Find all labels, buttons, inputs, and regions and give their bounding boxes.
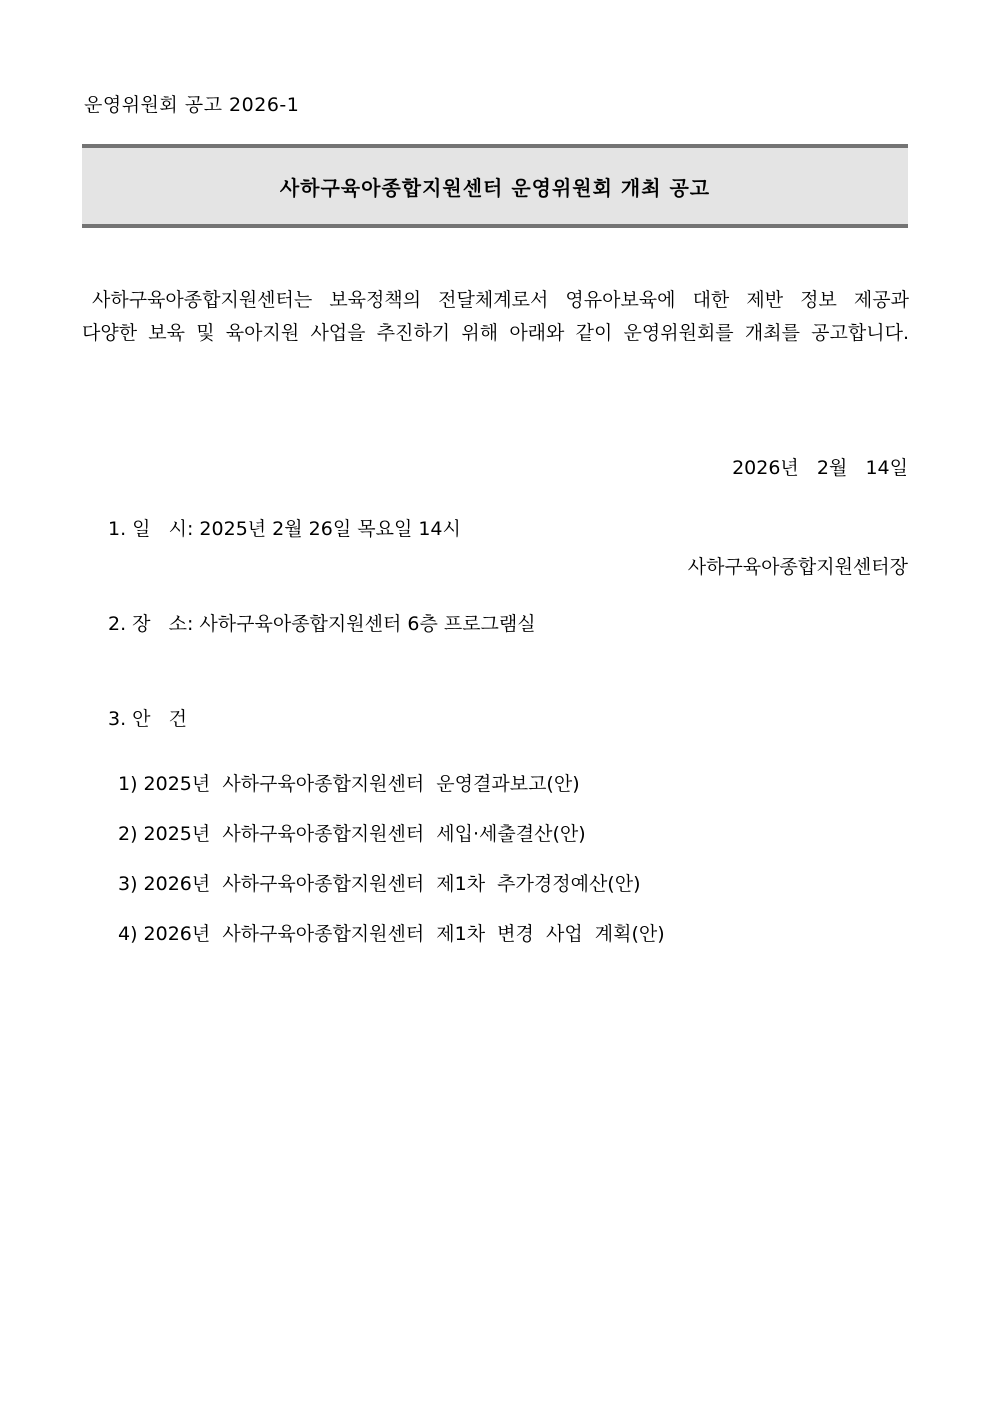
intro-paragraph: 사하구육아종합지원센터는 보육정책의 전달체계로서 영유아보육에 대한 제반 정… [82,284,909,350]
agenda-heading: 3. 안 건 [108,707,187,731]
sign-off-block: 2026년 2월 14일 사하구육아종합지원센터장 [688,386,908,650]
agenda-item: 1) 2025년 사하구육아종합지원센터 운영결과보고(안) [118,772,580,796]
announcement-date: 2026년 2월 14일 [688,452,908,485]
page-title: 사하구육아종합지원센터 운영위원회 개최 공고 [280,172,710,201]
intro-line-1: 사하구육아종합지원센터는 보육정책의 전달체계로서 영유아보육에 대한 제반 정… [82,284,909,317]
doc-number: 운영위원회 공고 2026-1 [84,90,299,117]
meeting-place-line: 2. 장 소: 사하구육아종합지원센터 6층 프로그램실 [108,612,536,636]
agenda-item: 2) 2025년 사하구육아종합지원센터 세입·세출결산(안) [118,822,586,846]
title-banner: 사하구육아종합지원센터 운영위원회 개최 공고 [82,144,908,228]
announcement-document-page: 운영위원회 공고 2026-1 사하구육아종합지원센터 운영위원회 개최 공고 … [0,0,992,1403]
intro-line-2: 다양한 보육 및 육아지원 사업을 추진하기 위해 아래와 같이 운영위원회를 … [82,317,909,350]
meeting-datetime-line: 1. 일 시: 2025년 2월 26일 목요일 14시 [108,517,461,541]
signer-title: 사하구육아종합지원센터장 [688,551,908,584]
agenda-item: 4) 2026년 사하구육아종합지원센터 제1차 변경 사업 계획(안) [118,922,665,946]
agenda-item: 3) 2026년 사하구육아종합지원센터 제1차 추가경정예산(안) [118,872,640,896]
